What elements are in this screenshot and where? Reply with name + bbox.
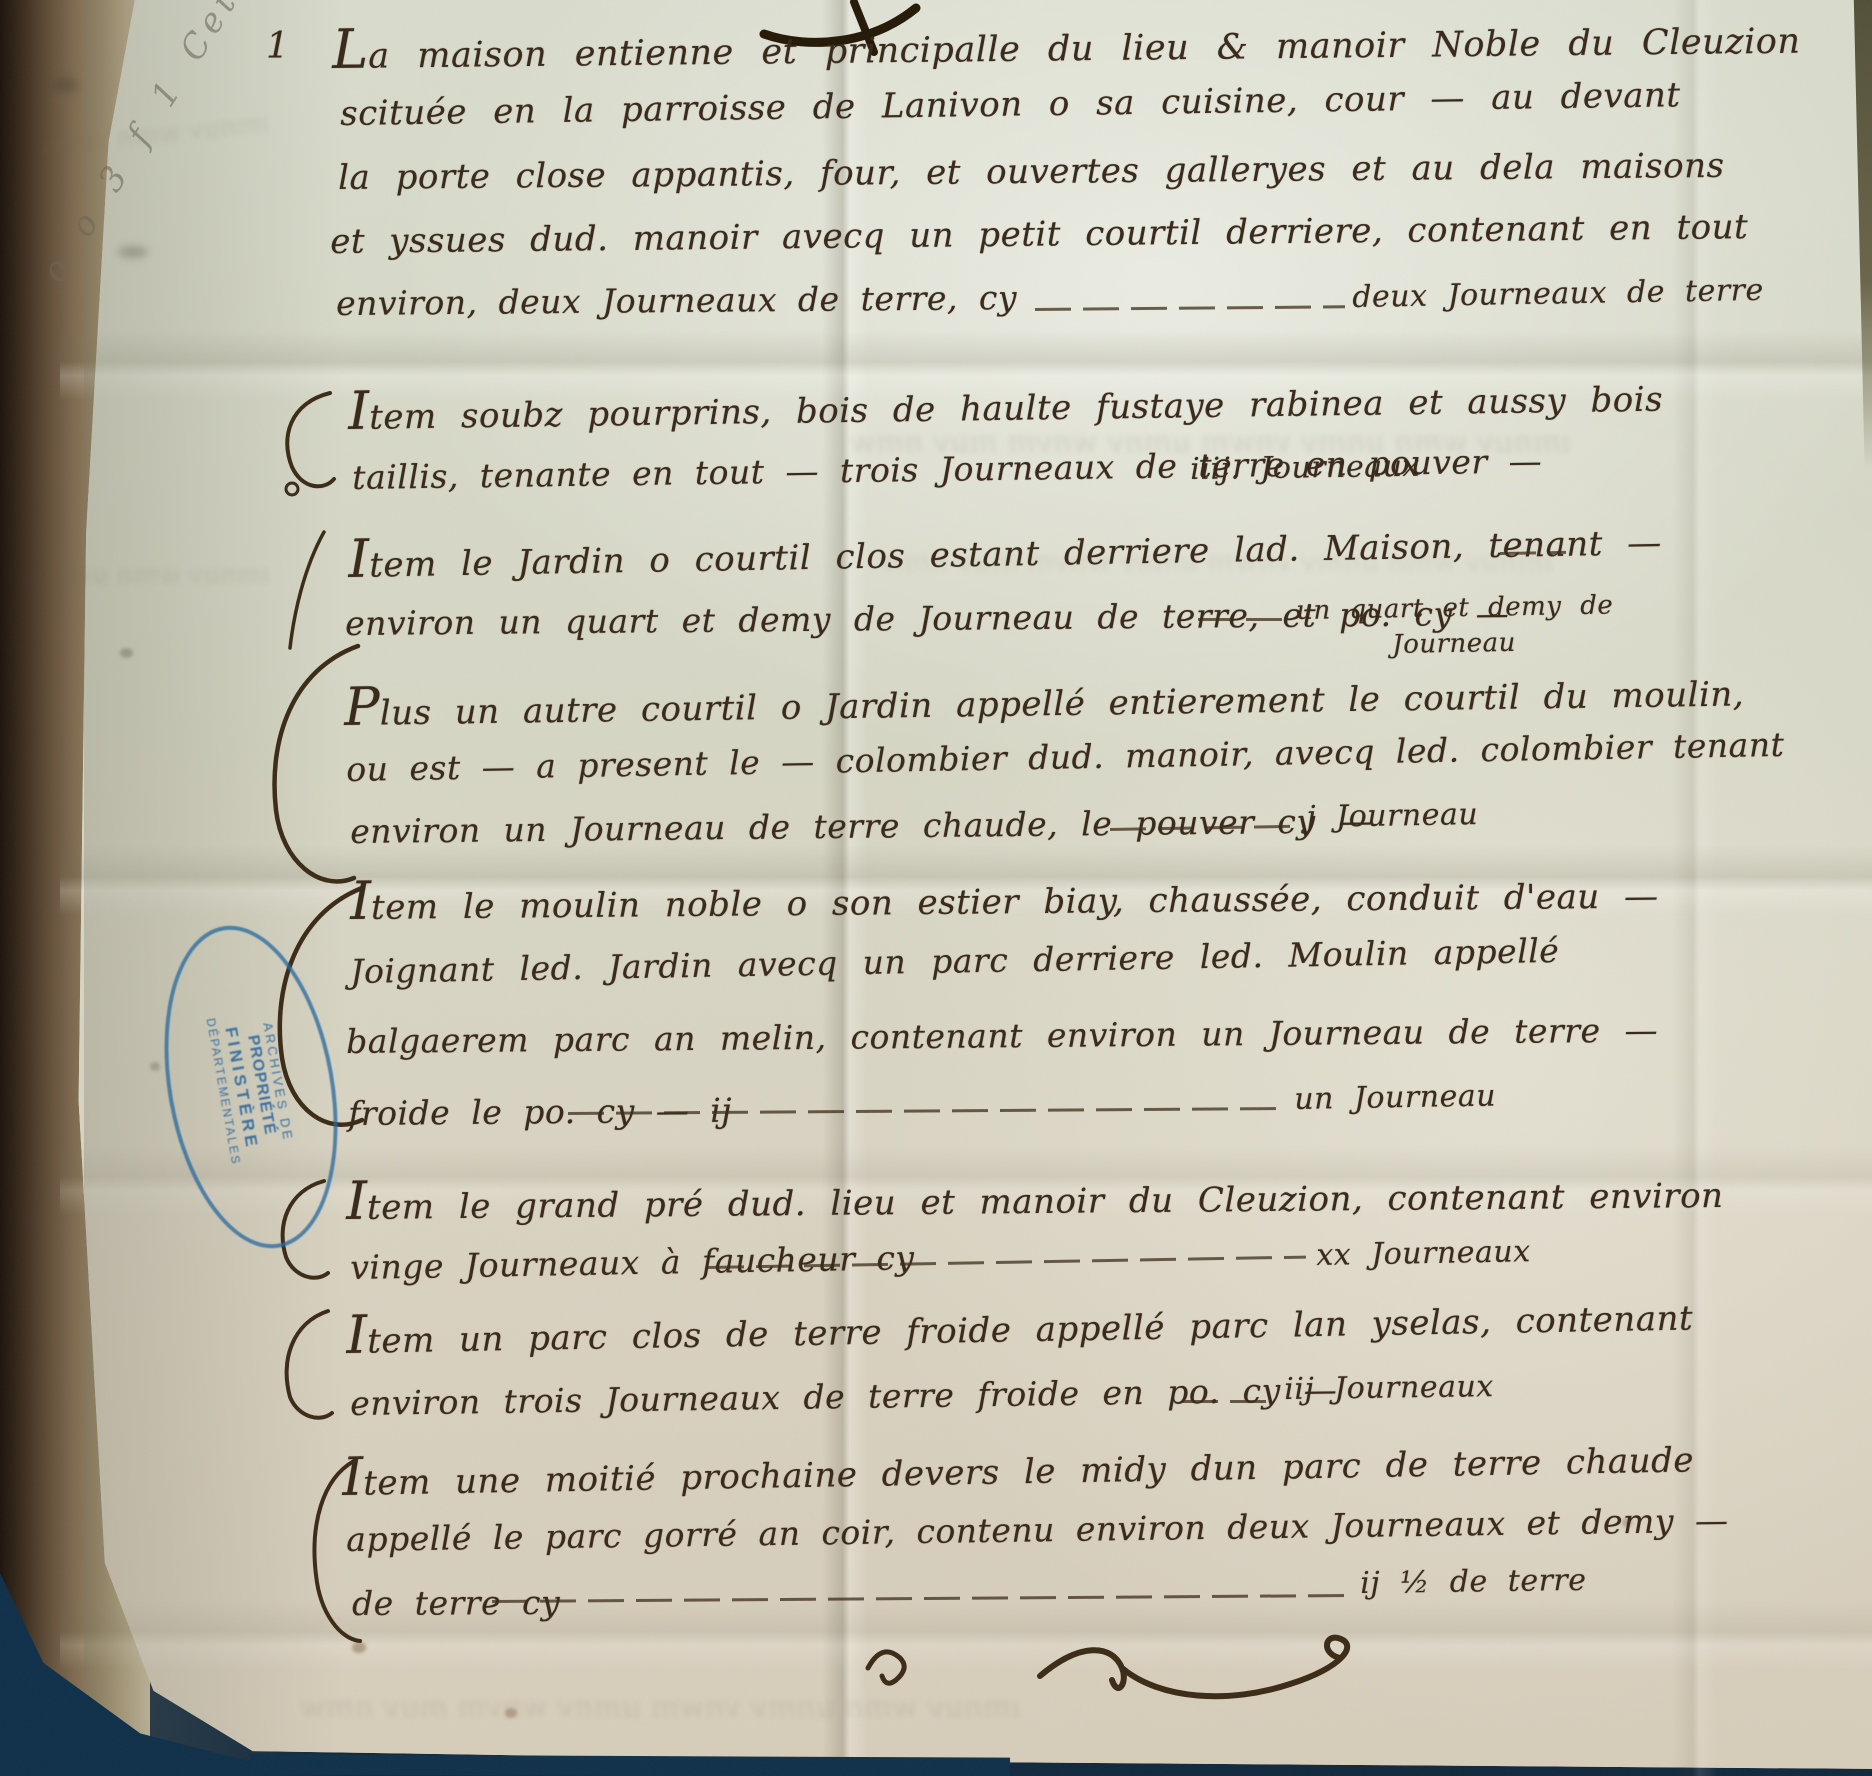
paragraph-paraph-mark xyxy=(272,1305,342,1435)
ink-smudge xyxy=(52,78,78,92)
book-cover-bottom-edge xyxy=(250,1754,1010,1776)
showthrough-ghost: ımnuv wmn unmv vnwm umnv wnvm muv nmw xyxy=(60,560,270,590)
paragraph-paraph-mark xyxy=(284,528,334,653)
manuscript-photo: ımnuv wmn unmv vnwm umnv wnvm muv nmw ım… xyxy=(0,0,1872,1776)
acreage-sum: ij ½ de terre xyxy=(1360,1563,1587,1601)
paragraph-paraph-mark xyxy=(272,385,342,500)
filler-dash-rule xyxy=(1198,618,1290,621)
manuscript-line: de terre cy xyxy=(352,1583,560,1623)
acreage-sum: xx Journeaux xyxy=(1316,1234,1531,1273)
acreage-sum: Journeau xyxy=(1392,628,1516,660)
closing-flourish xyxy=(850,1628,1430,1713)
acreage-sum: iij Journeaux xyxy=(1284,1369,1494,1407)
acreage-sum: deux Journeaux de terre xyxy=(1352,273,1764,315)
foxing-spot xyxy=(150,1062,160,1071)
margin-number-mark: 1 xyxy=(266,26,289,67)
acreage-sum: un Journeau xyxy=(1294,1078,1496,1117)
manuscript-line: environ, deux Journeaux de terre, cy xyxy=(336,278,1017,323)
filler-dash-rule xyxy=(1182,1400,1272,1403)
acreage-sum: iiij. Journeaux xyxy=(1190,449,1420,487)
acreage-sum: j Journeau xyxy=(1306,797,1478,835)
ink-smudge xyxy=(118,246,148,258)
acreage-sum: un quart et demy de xyxy=(1296,590,1614,626)
foxing-spot xyxy=(505,1708,517,1718)
foxing-spot xyxy=(120,648,133,658)
